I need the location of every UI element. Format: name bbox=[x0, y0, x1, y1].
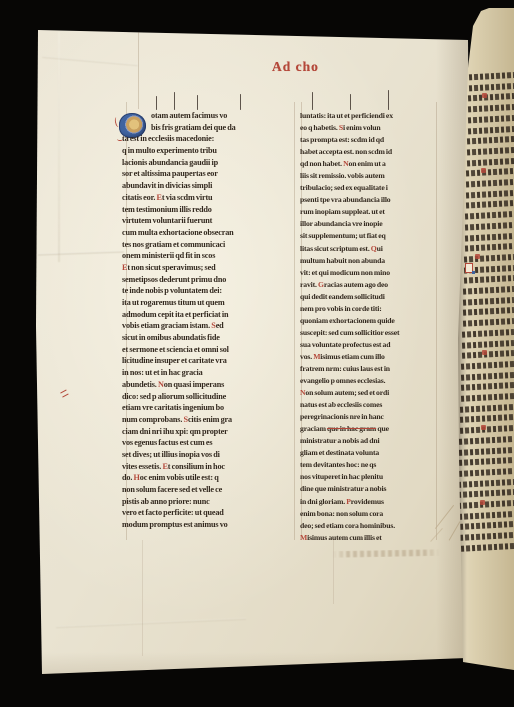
manuscript-text-line: rum inopiam suppleat. ut et bbox=[300, 207, 438, 219]
facing-page-text-line bbox=[469, 83, 514, 91]
manuscript-text-line: tes nos gratiam et communicaci bbox=[122, 240, 292, 252]
parchment-crease bbox=[38, 250, 124, 255]
manuscript-text-line: peregrinacionis nre in hanc bbox=[300, 412, 438, 424]
facing-page-text-line bbox=[464, 254, 514, 263]
manuscript-text-line: eo q habetis. Si enim volun bbox=[300, 123, 438, 135]
manuscript-text-line: fratrem nrm: cuius laus est in bbox=[300, 364, 438, 376]
facing-page-text-line bbox=[462, 340, 514, 349]
ruling-line bbox=[138, 31, 139, 109]
manuscript-text-line: onem ministerii qd fit in scos bbox=[122, 251, 292, 263]
manuscript-text-line: ta est in ecclesiis macedonie: bbox=[122, 134, 292, 146]
manuscript-text-line: evangelio p omnes ecclesias. bbox=[300, 376, 438, 388]
manuscript-text-line: deo; sed etiam cora hominibus. bbox=[300, 521, 438, 533]
manuscript-text-line: vos. Misimus etiam cum illo bbox=[300, 352, 438, 364]
text-column-1: otam autem facimus vobis fris gratiam de… bbox=[122, 111, 292, 532]
facing-page-text-line bbox=[465, 233, 514, 242]
facing-page-text-line bbox=[463, 297, 514, 306]
manuscript-text-line: tas prompta est: scdm id qd bbox=[300, 135, 438, 147]
manuscript-text-line: suscepit: sed cum sollicitior esset bbox=[300, 328, 438, 340]
manuscript-text-line: te inde nobis p voluntatem dei: bbox=[122, 286, 292, 298]
manuscript-text-line: litas sicut scriptum est. Qui bbox=[300, 244, 438, 256]
ascender-stroke bbox=[197, 95, 198, 110]
manuscript-text-line: luntatis: ita ut et perficiendi ex bbox=[300, 111, 438, 123]
manuscript-text-line: vites essetis. Et consilium in hoc bbox=[122, 462, 292, 474]
facing-page-text-line bbox=[463, 286, 514, 295]
manuscript-text-line: vero et facto perficite: ut quead bbox=[122, 508, 292, 520]
manuscript-text-line: set dives; ut illius inopia vos di bbox=[122, 450, 292, 462]
manuscript-text-line: tem testimonium illis reddo bbox=[122, 205, 292, 217]
parchment-crease bbox=[42, 56, 138, 66]
ascender-stroke bbox=[312, 92, 313, 110]
manuscript-text-line: etiam vre caritatis ingenium bo bbox=[122, 403, 292, 415]
facing-page-text-line bbox=[467, 147, 514, 155]
facing-page-text-line bbox=[468, 126, 514, 134]
manuscript-text-line: illor abundancia vre inopie bbox=[300, 219, 438, 231]
ruling-line bbox=[294, 102, 295, 540]
manuscript-text-line: abundavit in divicias simpli bbox=[122, 181, 292, 193]
facing-page-text-line bbox=[469, 72, 514, 80]
facing-page-text-line bbox=[465, 222, 514, 231]
manuscript-photo: Ad cho otam autem facimus vobis fris gra… bbox=[0, 0, 514, 707]
running-title: Ad cho bbox=[272, 59, 412, 75]
facing-page-text-line bbox=[467, 158, 514, 166]
facing-page-text-line bbox=[468, 93, 514, 101]
parchment-crease bbox=[56, 618, 246, 628]
facing-page-rubric bbox=[481, 168, 486, 173]
manuscript-text-line: ciam dni nri ihu xpi: qm propter bbox=[122, 427, 292, 439]
manuscript-text-line: nem pro vobis in corde titi: bbox=[300, 304, 438, 316]
manuscript-text-line: vos egenus factus est cum es bbox=[122, 438, 292, 450]
facing-page-text-line bbox=[462, 350, 514, 359]
facing-page-text-line bbox=[468, 115, 514, 123]
show-through-text bbox=[332, 549, 440, 558]
facing-page-text-line bbox=[468, 104, 514, 112]
manuscript-text-line: sor et altissima paupertas eor bbox=[122, 169, 292, 181]
manuscript-text-line: psenti tpe vra abundancia illo bbox=[300, 195, 438, 207]
manuscript-text-line: in nos: ut et in hac gracia bbox=[122, 368, 292, 380]
corrector-mark bbox=[60, 390, 70, 398]
manuscript-text-line: modum promptus est animus vo bbox=[122, 520, 292, 532]
manuscript-text-line: dico: sed p aliorum sollicitudine bbox=[122, 392, 292, 404]
manuscript-text-line: qd non habet. Non enim ut a bbox=[300, 159, 438, 171]
manuscript-text-line: non solum facere sed et velle ce bbox=[122, 485, 292, 497]
manuscript-text-line: Non solum autem; sed et ordi bbox=[300, 388, 438, 400]
facing-page-text-line bbox=[466, 200, 514, 209]
facing-page-text-line bbox=[464, 243, 514, 252]
manuscript-text-line: ravit. Gracias autem ago deo bbox=[300, 280, 438, 292]
facing-page-text-line bbox=[466, 190, 514, 199]
facing-page-text-line bbox=[459, 447, 514, 456]
manuscript-text-line: tem devitantes hoc: ne qs bbox=[300, 460, 438, 472]
edge-shading bbox=[36, 652, 470, 678]
facing-page-rubric bbox=[480, 500, 485, 505]
facing-page-text-line bbox=[460, 532, 514, 541]
manuscript-text-line: vit: et qui modicum non mino bbox=[300, 268, 438, 280]
manuscript-text-line: et sermone et sciencia et omni sol bbox=[122, 345, 292, 357]
manuscript-text-line: Et non sicut speravimus; sed bbox=[122, 263, 292, 275]
manuscript-text-line: licitudine insuper et caritate vra bbox=[122, 356, 292, 368]
facing-page-text-line bbox=[465, 211, 514, 220]
manuscript-text-line: q in multo experimento tribu bbox=[122, 146, 292, 158]
facing-page-text-line bbox=[459, 457, 514, 466]
manuscript-text-line: in dni gloriam. Providemus bbox=[300, 497, 438, 509]
facing-page-text-line bbox=[459, 511, 514, 520]
manuscript-text-line: habet accepta est. non scdm id bbox=[300, 147, 438, 159]
facing-page-text-line bbox=[462, 329, 514, 338]
ascender-stroke bbox=[388, 90, 389, 110]
manuscript-text-line: pistis ab anno priore: nunc bbox=[122, 497, 292, 509]
manuscript-text-line: cum multa exhortacione obsecran bbox=[122, 228, 292, 240]
manuscript-text-line: lacionis abundancia gaudii ip bbox=[122, 158, 292, 170]
manuscript-text-line: Misimus autem cum illis et bbox=[300, 533, 438, 545]
manuscript-text-line: enim bona: non solum cora bbox=[300, 509, 438, 521]
manuscript-text-line: liis sit remissio. vobis autem bbox=[300, 171, 438, 183]
facing-page-text-line bbox=[462, 318, 514, 327]
facing-page-text-line bbox=[466, 168, 514, 176]
facing-page-text-line bbox=[461, 372, 514, 381]
manuscript-text-line: do. Hoc enim vobis utile est: q bbox=[122, 473, 292, 485]
manuscript-text-line: bis fris gratiam dei que da bbox=[122, 123, 292, 135]
manuscript-text-line: ministratur a nobis ad dni bbox=[300, 436, 438, 448]
facing-page-text-line bbox=[461, 361, 514, 370]
manuscript-text-line: semetipsos dederunt primu dno bbox=[122, 275, 292, 287]
manuscript-text-line: sicut in omibus abundatis fide bbox=[122, 333, 292, 345]
manuscript-text-line: sit supplementum; ut fiat eq bbox=[300, 231, 438, 243]
manuscript-text-line: graciam que in hac gram que bbox=[300, 424, 438, 436]
ruling-line bbox=[142, 540, 143, 656]
manuscript-text-line: quoniam exhortacionem quide bbox=[300, 316, 438, 328]
ascender-stroke bbox=[240, 94, 241, 110]
manuscript-text-line: virtutem voluntarii fuerunt bbox=[122, 216, 292, 228]
facing-page-text-line bbox=[460, 404, 514, 413]
manuscript-text-line: dine que ministratur a nobis bbox=[300, 484, 438, 496]
ascender-stroke bbox=[174, 92, 175, 110]
facing-page-rubric bbox=[482, 93, 487, 98]
manuscript-text-line: abundetis. Non quasi imperans bbox=[122, 380, 292, 392]
manuscript-text-line: gliam et destinata volunta bbox=[300, 448, 438, 460]
facing-page-rubric bbox=[482, 350, 487, 355]
facing-page-text-line bbox=[461, 382, 514, 391]
manuscript-text-line: num comprobans. Scitis enim gra bbox=[122, 415, 292, 427]
manuscript-text-line: tribulacio; sed ex equalitate i bbox=[300, 183, 438, 195]
facing-page-text-line bbox=[459, 436, 514, 445]
manuscript-leaf: Ad cho otam autem facimus vobis fris gra… bbox=[36, 26, 470, 678]
facing-page-text-line bbox=[460, 414, 514, 423]
facing-page-text-line bbox=[466, 179, 514, 187]
manuscript-text-line: otam autem facimus vo bbox=[122, 111, 292, 123]
parchment-crease bbox=[58, 32, 60, 262]
manuscript-text-line: vobis etiam graciam istam. Sed bbox=[122, 321, 292, 333]
ascender-stroke bbox=[156, 96, 157, 110]
facing-page-text-line bbox=[463, 307, 514, 316]
facing-page-text-line bbox=[467, 136, 514, 144]
manuscript-text-line: natus est ab ecclesiis comes bbox=[300, 400, 438, 412]
facing-page-text-line bbox=[461, 543, 514, 552]
manuscript-text-line: sua voluntate profectus est ad bbox=[300, 340, 438, 352]
manuscript-text-line: citatis eor. Et via scdm virtu bbox=[122, 193, 292, 205]
text-column-2: luntatis: ita ut et perficiendi exeo q h… bbox=[300, 111, 438, 545]
manuscript-text-line: multum habuit non abunda bbox=[300, 256, 438, 268]
facing-page-rubric bbox=[475, 254, 480, 259]
facing-page-text-line bbox=[460, 425, 514, 434]
facing-page-text-line bbox=[461, 393, 514, 402]
ruling-line bbox=[333, 540, 334, 604]
facing-page-text-line bbox=[460, 521, 514, 530]
manuscript-text-line: admodum cepit ita et perficiat in bbox=[122, 310, 292, 322]
ascender-stroke bbox=[350, 94, 351, 110]
manuscript-text-line: ita ut rogaremus titum ut quem bbox=[122, 298, 292, 310]
facing-page-rubric bbox=[481, 425, 486, 430]
facing-page-text-line bbox=[464, 275, 514, 284]
manuscript-text-line: qui dedit eandem sollicitudi bbox=[300, 292, 438, 304]
manuscript-text-line: nos vituperet in hac plenitu bbox=[300, 472, 438, 484]
